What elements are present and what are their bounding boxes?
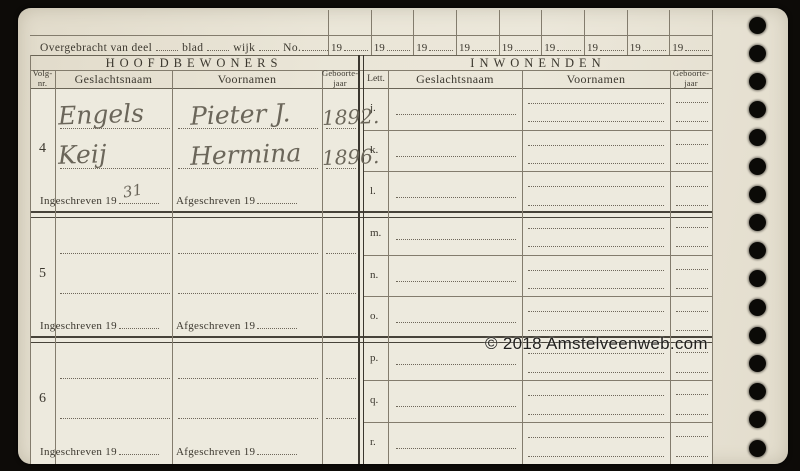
column-divider: [172, 70, 173, 464]
writing-line: [676, 205, 708, 206]
writing-line: [528, 121, 664, 122]
writing-line: [326, 253, 356, 254]
inwonenden-row-separator: [364, 171, 712, 172]
binder-hole: [749, 355, 766, 372]
writing-line: [60, 418, 170, 419]
writing-line: [396, 156, 516, 157]
binder-hole: [749, 214, 766, 231]
writing-line: [676, 163, 708, 164]
writing-line: [396, 364, 516, 365]
transfer-row: Overgebracht van deel blad wijk No.: [40, 39, 328, 54]
surname-header-right: Geslachtsnaam: [388, 72, 522, 87]
writing-line: [178, 293, 318, 294]
inwonenden-row-separator: [364, 130, 712, 131]
ingeschreven-text: Ingeschreven 19: [40, 320, 117, 332]
year-blank-field: [557, 39, 581, 51]
writing-line: [326, 418, 356, 419]
inwonenden-row-separator: [364, 380, 712, 381]
year-blank-field: [515, 39, 539, 51]
wijk-blank-field: [259, 39, 279, 51]
binder-hole: [749, 242, 766, 259]
year-blank-field: [685, 39, 709, 51]
ingeschreven-blank-field: [119, 443, 159, 455]
writing-line: [60, 293, 170, 294]
column-divider: [55, 70, 56, 464]
year-cell: 19: [669, 39, 712, 54]
writing-line: [178, 378, 318, 379]
year-blank-field: [600, 39, 624, 51]
ingeschreven-year-handwriting: 31: [122, 182, 144, 200]
writing-line: [396, 322, 516, 323]
birthyear-header-right-line1: Geboorte-: [673, 68, 709, 78]
afgeschreven-blank-field: [257, 443, 297, 455]
afgeschreven-text: Afgeschreven 19: [176, 446, 255, 458]
writing-line: [396, 197, 516, 198]
ingeschreven-text: Ingeschreven 19: [40, 195, 117, 207]
year-cell: 19: [584, 39, 627, 54]
afgeschreven-label: Afgeschreven 19: [176, 317, 297, 331]
writing-line: [528, 205, 664, 206]
year-label: 19: [331, 42, 342, 54]
writing-line: [676, 372, 708, 373]
row-number: 6: [30, 391, 55, 407]
volgnr-header: Volg- nr.: [30, 69, 55, 89]
binder-hole: [749, 440, 766, 457]
birthyear-header-right: Geboorte- jaar: [670, 69, 712, 89]
year-label: 19: [630, 42, 641, 54]
binder-hole: [749, 45, 766, 62]
afgeschreven-blank-field: [257, 192, 297, 204]
entry-surname-handwriting: Keij: [58, 141, 107, 168]
writing-line: [676, 246, 708, 247]
writing-line: [178, 253, 318, 254]
year-cell: 19: [371, 39, 414, 54]
year-blank-field: [387, 39, 411, 51]
birthyear-header-left: Geboorte- jaar: [322, 69, 358, 89]
inwonenden-row-letter: n.: [370, 269, 378, 281]
writing-line: [676, 436, 708, 437]
ingeschreven-blank-field: [119, 317, 159, 329]
inwonenden-row-letter: o.: [370, 310, 378, 322]
writing-line: [528, 395, 664, 396]
writing-line: [178, 418, 318, 419]
writing-line: [396, 448, 516, 449]
ingeschreven-label: Ingeschreven 19: [40, 317, 159, 331]
year-blank-field: [429, 39, 453, 51]
blad-blank-field: [207, 39, 229, 51]
writing-line: [676, 311, 708, 312]
ingeschreven-blank-field: 31: [119, 192, 159, 204]
writing-line: [528, 246, 664, 247]
deel-blank-field: [156, 39, 178, 51]
afgeschreven-text: Afgeschreven 19: [176, 320, 255, 332]
writing-line: [396, 114, 516, 115]
writing-line: [528, 372, 664, 373]
writing-line: [396, 406, 516, 407]
year-blank-field: [344, 39, 368, 51]
year-blank-field: [472, 39, 496, 51]
afgeschreven-text: Afgeschreven 19: [176, 195, 255, 207]
volgnr-header-line1: Volg-: [33, 68, 53, 78]
watermark: © 2018 Amstelveenweb.com: [485, 334, 708, 354]
rule-line: [30, 88, 712, 89]
row-number: 5: [30, 266, 55, 282]
year-label: 19: [672, 42, 683, 54]
ingeschreven-text: Ingeschreven 19: [40, 446, 117, 458]
afgeschreven-label: Afgeschreven 19: [176, 443, 297, 457]
writing-line: [528, 103, 664, 104]
writing-line: [676, 121, 708, 122]
table-right-edge: [712, 10, 713, 464]
inwonenden-row-separator: [364, 422, 712, 423]
photo-background: Overgebracht van deel blad wijk No. HOOF…: [0, 0, 800, 471]
writing-line: [528, 145, 664, 146]
year-label: 19: [416, 42, 427, 54]
inwonenden-row-separator: [364, 255, 712, 256]
hoofdbewoners-title: HOOFDBEWONERS: [30, 57, 358, 70]
firstnames-header-left: Voornamen: [172, 72, 322, 87]
writing-line: [528, 186, 664, 187]
blad-label: blad: [182, 42, 203, 54]
year-blank-field: [643, 39, 667, 51]
transfer-label: Overgebracht van deel: [40, 42, 152, 54]
writing-line: [528, 414, 664, 415]
writing-line: [676, 144, 708, 145]
writing-line: [676, 330, 708, 331]
year-label: 19: [587, 42, 598, 54]
firstnames-header-right: Voornamen: [522, 72, 670, 87]
writing-line: [396, 239, 516, 240]
binder-hole: [749, 101, 766, 118]
inwonenden-row-letter: m.: [370, 227, 381, 239]
writing-line: [528, 163, 664, 164]
birthyear-header-right-line2: jaar: [684, 78, 698, 88]
writing-line: [676, 288, 708, 289]
writing-line: [676, 186, 708, 187]
year-label: 19: [502, 42, 513, 54]
no-label: No.: [283, 42, 301, 54]
binder-hole: [749, 129, 766, 146]
writing-line: [676, 227, 708, 228]
writing-line: [676, 456, 708, 457]
writing-line: [676, 394, 708, 395]
year-label: 19: [544, 42, 555, 54]
year-label: 19: [374, 42, 385, 54]
inwonenden-row-letter: q.: [370, 394, 378, 406]
entry-firstnames-handwriting: Hermina: [190, 140, 302, 169]
birthyear-header-left-line1: Geboorte-: [322, 68, 358, 78]
year-cell: 19: [413, 39, 456, 54]
writing-line: [528, 437, 664, 438]
afgeschreven-blank-field: [257, 317, 297, 329]
writing-line: [528, 330, 664, 331]
surname-header-left: Geslachtsnaam: [55, 72, 172, 87]
inwonenden-row-letter: r.: [370, 436, 376, 448]
row-number: 4: [30, 141, 55, 157]
binder-hole: [749, 411, 766, 428]
year-cell: 19: [499, 39, 542, 54]
ingeschreven-label: Ingeschreven 19: [40, 443, 159, 457]
writing-line: [326, 293, 356, 294]
no-blank-field: [302, 39, 328, 51]
binder-hole: [749, 186, 766, 203]
binder-hole: [749, 327, 766, 344]
year-label: 19: [459, 42, 470, 54]
writing-line: [676, 102, 708, 103]
year-cell: 19: [541, 39, 584, 54]
writing-line: [676, 414, 708, 415]
inwonenden-row-letter: j.: [370, 102, 376, 114]
writing-line: [60, 253, 170, 254]
writing-line: [528, 456, 664, 457]
binder-hole: [749, 73, 766, 90]
binder-hole: [749, 383, 766, 400]
binder-hole: [749, 299, 766, 316]
inwonenden-row-letter: k.: [370, 144, 378, 156]
ingeschreven-label: Ingeschreven 1931: [40, 192, 159, 206]
binder-hole: [749, 17, 766, 34]
row-separator: [30, 211, 712, 218]
binder-hole: [749, 270, 766, 287]
wijk-label: wijk: [233, 42, 255, 54]
afgeschreven-label: Afgeschreven 19: [176, 192, 297, 206]
birthyear-header-left-line2: jaar: [333, 78, 347, 88]
inwonenden-row-separator: [364, 296, 712, 297]
lett-header: Lett.: [364, 74, 388, 84]
year-cell: 19: [456, 39, 499, 54]
year-cell: 19: [627, 39, 670, 54]
writing-line: [60, 378, 170, 379]
writing-line: [528, 270, 664, 271]
entry-firstnames-handwriting: Pieter J.: [190, 100, 291, 128]
inwonenden-title: INWONENDEN: [364, 57, 712, 70]
writing-line: [676, 269, 708, 270]
year-cell: 19: [328, 39, 371, 54]
inwonenden-row-letter: p.: [370, 352, 378, 364]
binder-hole: [749, 158, 766, 175]
inwonenden-row-letter: l.: [370, 185, 376, 197]
writing-line: [528, 288, 664, 289]
writing-line: [396, 281, 516, 282]
volgnr-header-line2: nr.: [38, 78, 47, 88]
rule-line: [30, 70, 712, 71]
writing-line: [528, 311, 664, 312]
entry-surname-handwriting: Engels: [58, 101, 145, 129]
writing-line: [326, 378, 356, 379]
population-register-card: Overgebracht van deel blad wijk No. HOOF…: [18, 8, 788, 464]
writing-line: [528, 228, 664, 229]
